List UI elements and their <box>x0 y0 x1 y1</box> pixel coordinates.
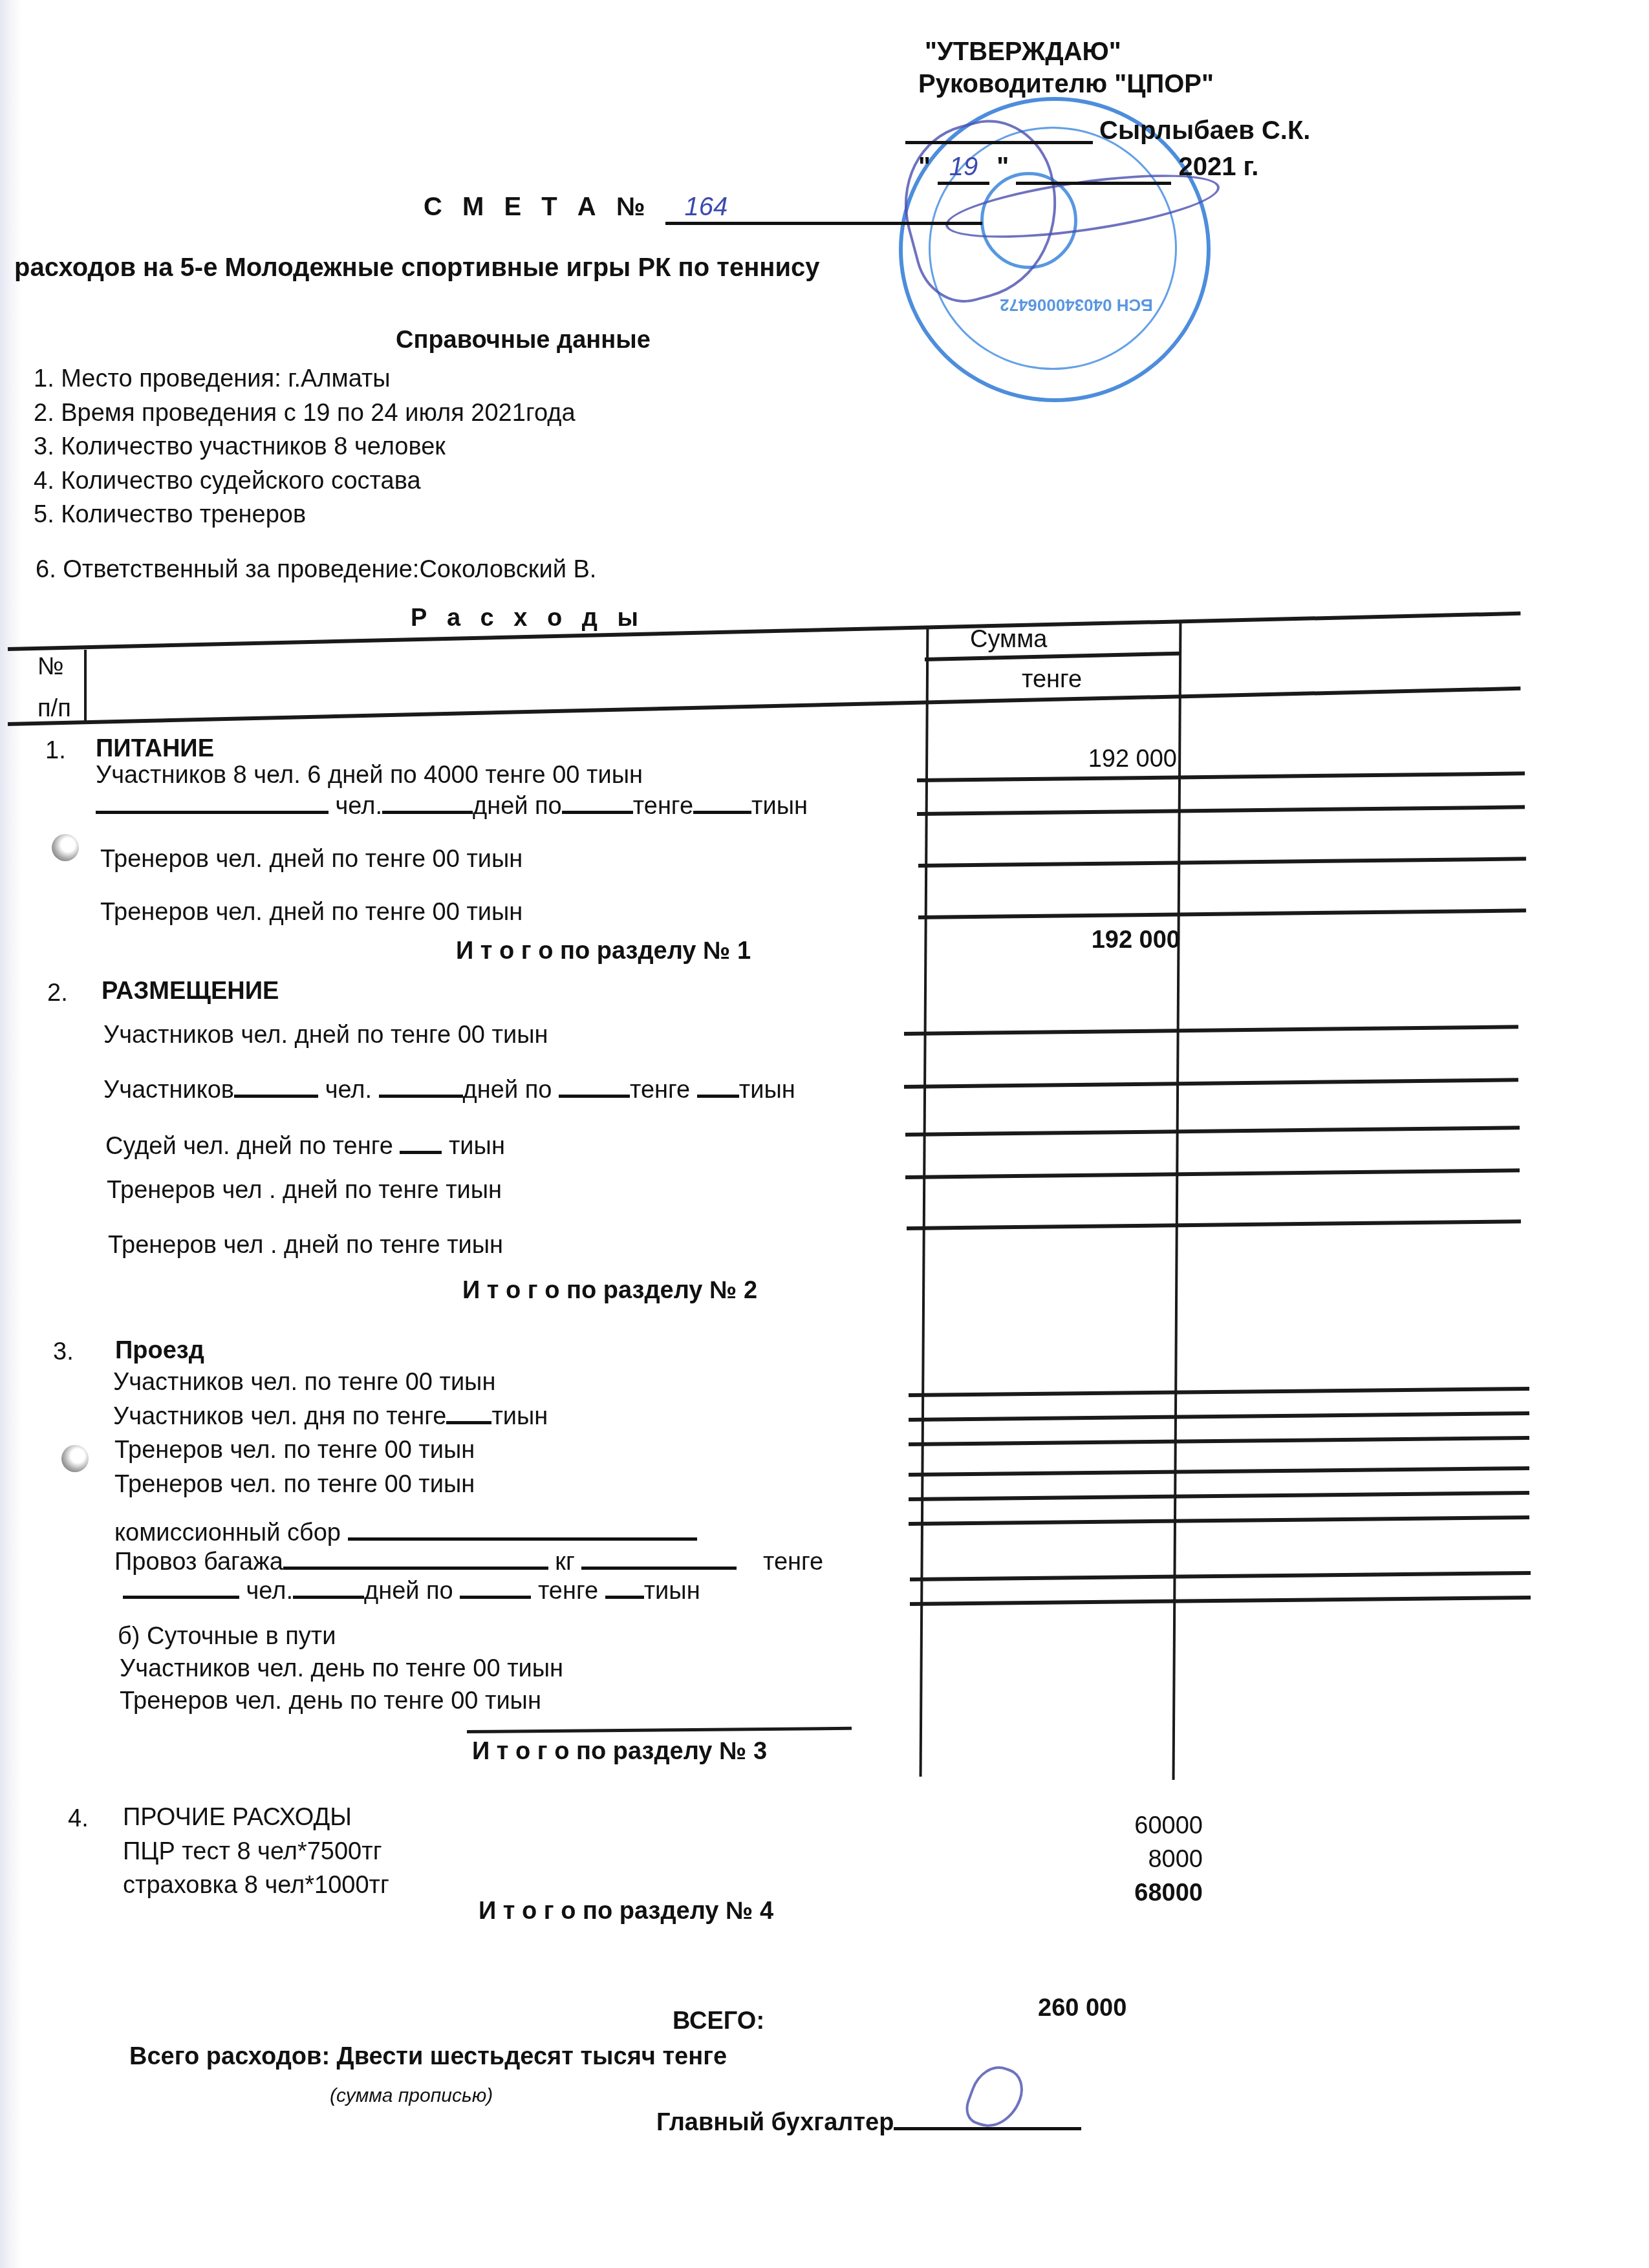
section-2-line-4: Тренеров чел . дней по тенге тиын <box>107 1177 502 1204</box>
row-line <box>910 1571 1531 1581</box>
row-line <box>904 1078 1518 1089</box>
text-part: тенге <box>633 793 693 820</box>
accountant-signature-line <box>894 2127 1081 2130</box>
row-line <box>909 1491 1529 1501</box>
smeta-subtitle: расходов на 5-е Молодежные спортивные иг… <box>14 253 820 283</box>
approval-date-year: 2021 г. <box>1178 153 1258 181</box>
text-part: тенге <box>763 1548 823 1576</box>
approval-date-day: 19 <box>938 153 989 185</box>
expenses-title: Р а с х о д ы <box>411 604 645 632</box>
blank-field <box>693 811 751 814</box>
blank-field <box>283 1567 548 1570</box>
blank-field <box>123 1596 239 1599</box>
section-3-total-rule <box>467 1727 852 1733</box>
text-part: чел. <box>246 1578 293 1605</box>
blank-field <box>348 1537 697 1541</box>
section-1-line-3: Тренеров чел. дней по тенге 00 тиын <box>100 846 523 873</box>
header-sum-bottom: тенге <box>1022 666 1082 694</box>
approval-title: "УТВЕРЖДАЮ" <box>925 37 1121 67</box>
text-part: тиын <box>644 1578 700 1605</box>
accountant-label: Главный бухгалтер <box>656 2109 1081 2137</box>
col-num-divider <box>84 650 87 721</box>
text-part: Судей чел. дней по тенге <box>105 1133 393 1160</box>
row-line <box>918 908 1526 919</box>
section-3-line-2: Участников чел. дня по тенгетиын <box>113 1403 548 1431</box>
date-quote-open: " <box>918 153 931 181</box>
approval-signature-line <box>905 141 1093 144</box>
row-line <box>910 1596 1531 1606</box>
text-part: тиын <box>739 1076 795 1104</box>
section-2-total-label: И т о г о по разделу № 2 <box>462 1277 757 1305</box>
per-diem-title: б) Суточные в пути <box>118 1623 336 1651</box>
section-4-line-2-amount: 8000 <box>1067 1846 1203 1874</box>
reference-title: Справочные данные <box>396 326 651 354</box>
punch-hole-icon <box>61 1445 89 1472</box>
section-3-line-7: чел.дней по тенге тиын <box>123 1578 700 1605</box>
section-4-total-label: И т о г о по разделу № 4 <box>479 1898 773 1925</box>
section-3-number: 3. <box>53 1338 74 1366</box>
blank-field <box>581 1567 737 1570</box>
row-line <box>909 1411 1529 1422</box>
total-in-words: Всего расходов: Двести шестьдесят тысяч … <box>129 2043 727 2071</box>
reference-item-4: 4. Количество судейского состава <box>34 467 421 495</box>
blank-field <box>605 1596 644 1599</box>
section-1-total: 192 000 <box>983 926 1180 954</box>
blank-field <box>460 1596 531 1599</box>
row-line <box>905 1126 1520 1137</box>
col-sum-right-border <box>1172 623 1182 1780</box>
row-line <box>909 1466 1529 1477</box>
blank-field <box>697 1095 739 1098</box>
section-2-title: РАЗМЕЩЕНИЕ <box>102 978 279 1005</box>
section-1-line-1-amount: 192 000 <box>983 745 1177 773</box>
section-4-line-1-amount: 60000 <box>1067 1812 1203 1840</box>
row-line <box>909 1387 1529 1397</box>
section-4-total: 68000 <box>1067 1879 1203 1907</box>
approval-date: " 19 " 2021 г. <box>918 153 1258 185</box>
blank-field <box>234 1095 318 1098</box>
header-num-bottom: п/п <box>38 695 71 723</box>
blank-field <box>96 811 329 814</box>
section-2-line-5: Тренеров чел . дней по тенге тиын <box>108 1232 503 1259</box>
section-4-title: ПРОЧИЕ РАСХОДЫ <box>123 1804 352 1832</box>
total-in-words-caption: (сумма прописью) <box>330 2085 493 2107</box>
text-part: тенге <box>538 1578 598 1605</box>
text-part: Участников <box>103 1076 234 1104</box>
blank-field <box>562 811 633 814</box>
punch-hole-icon <box>52 834 79 861</box>
section-3-line-4: Тренеров чел. по тенге 00 тиын <box>114 1471 475 1499</box>
blank-field <box>559 1095 630 1098</box>
smeta-title: С М Е Т А № 164 <box>424 193 982 225</box>
section-3-title: Проезд <box>115 1337 204 1365</box>
reference-item-5: 5. Количество тренеров <box>34 501 306 529</box>
section-1-line-2: чел.дней потенгетиын <box>96 793 808 820</box>
text-part: чел. <box>325 1076 372 1104</box>
date-quote-close: " <box>997 153 1009 181</box>
header-sum-top: Сумма <box>970 626 1047 654</box>
reference-item-2: 2. Время проведения с 19 по 24 июля 2021… <box>34 400 576 427</box>
section-1-total-label: И т о г о по разделу № 1 <box>456 937 751 965</box>
row-line <box>909 1436 1529 1446</box>
reference-item-1: 1. Место проведения: г.Алматы <box>34 365 391 393</box>
blank-field <box>293 1596 364 1599</box>
section-3-total-label: И т о г о по разделу № 3 <box>472 1738 767 1766</box>
table-top-border <box>8 612 1520 651</box>
blank-field <box>382 811 473 814</box>
section-2-line-1: Участников чел. дней по тенге 00 тиын <box>103 1022 548 1049</box>
row-line <box>918 857 1526 868</box>
approval-position: Руководителю "ЦПОР" <box>918 70 1214 99</box>
text-part: тенге <box>630 1076 690 1104</box>
row-line <box>917 805 1525 816</box>
text-part: Провоз багажа <box>114 1548 283 1576</box>
section-3-line-1: Участников чел. по тенге 00 тиын <box>113 1369 495 1396</box>
text-part: Участников чел. дня по тенге <box>113 1403 446 1430</box>
section-4-line-1: ПЦР тест 8 чел*7500тг <box>123 1838 382 1866</box>
section-1-line-1: Участников 8 чел. 6 дней по 4000 тенге 0… <box>96 762 643 789</box>
blank-field <box>446 1421 491 1424</box>
stamp-bin: БСН 040340006472 <box>1000 295 1153 315</box>
text-part: дней по <box>473 793 562 820</box>
row-line <box>905 1168 1520 1179</box>
reference-item-3: 3. Количество участников 8 человек <box>34 433 446 461</box>
row-line <box>907 1219 1521 1230</box>
text-part: комиссионный сбор <box>114 1519 341 1546</box>
approval-date-month-blank <box>1016 153 1171 185</box>
blank-field <box>400 1151 442 1154</box>
text-part: дней по <box>463 1076 552 1104</box>
row-line <box>904 1025 1518 1036</box>
text-part: тиын <box>751 793 808 820</box>
text-part: тиын <box>491 1403 548 1430</box>
grand-total-label: ВСЕГО: <box>673 2007 764 2035</box>
section-1-title: ПИТАНИЕ <box>96 735 214 763</box>
section-2-line-3: Судей чел. дней по тенге тиын <box>105 1133 505 1161</box>
blank-field <box>379 1095 463 1098</box>
section-4-line-2: страховка 8 чел*1000тг <box>123 1872 389 1899</box>
header-num-top: № <box>38 653 64 681</box>
sum-header-divider <box>925 652 1180 661</box>
reference-item-6: 6. Ответственный за проведение:Соколовск… <box>36 556 596 584</box>
accountant-label-text: Главный бухгалтер <box>656 2109 894 2136</box>
grand-total-value: 260 000 <box>1038 1995 1126 2022</box>
per-diem-line-1: Участников чел. день по тенге 00 тиын <box>120 1655 563 1683</box>
section-1-number: 1. <box>45 737 66 765</box>
text-part: кг <box>555 1548 575 1576</box>
row-line <box>909 1515 1529 1526</box>
section-2-line-2: Участников чел. дней по тенге тиын <box>103 1076 795 1104</box>
text-part: чел. <box>336 793 382 820</box>
section-3-line-3: Тренеров чел. по тенге 00 тиын <box>114 1437 475 1464</box>
scan-edge <box>0 0 22 2268</box>
smeta-number: 164 <box>665 193 982 225</box>
per-diem-line-2: Тренеров чел. день по тенге 00 тиын <box>120 1687 541 1715</box>
smeta-label: С М Е Т А № <box>424 193 651 221</box>
section-4-number: 4. <box>68 1805 89 1833</box>
approval-name: Сырлыбаев С.К. <box>1099 116 1310 145</box>
text-part: дней по <box>364 1578 453 1605</box>
section-2-number: 2. <box>47 979 68 1007</box>
table-header-bottom-border <box>8 687 1520 726</box>
section-1-line-4: Тренеров чел. дней по тенге 00 тиын <box>100 899 523 926</box>
section-3-line-5: комиссионный сбор <box>114 1519 697 1547</box>
text-part: тиын <box>449 1133 505 1160</box>
section-3-line-6: Провоз багажа кг тенге <box>114 1548 823 1576</box>
